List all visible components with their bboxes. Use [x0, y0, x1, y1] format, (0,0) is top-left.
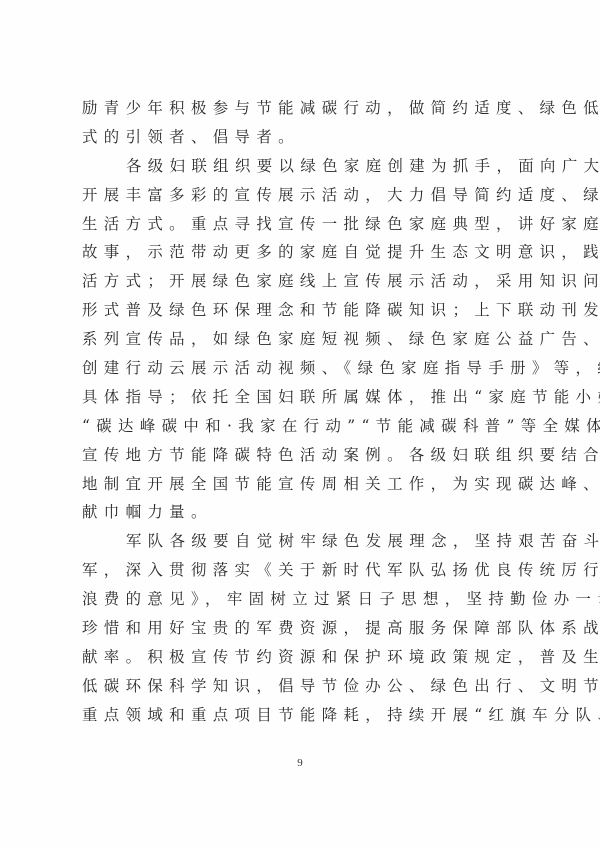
document-page: 励青少年积极参与节能减碳行动，做简约适度、绿色低碳生活方 式的引领者、倡导者。 …	[0, 0, 600, 848]
text-line: 低碳环保科学知识，倡导节俭办公、绿色出行、文明节约，抓好	[82, 672, 518, 701]
page-number: 9	[0, 757, 600, 769]
text-line: 系列宣传品，如绿色家庭短视频、绿色家庭公益广告、绿色家庭	[82, 325, 518, 354]
text-line: 开展丰富多彩的宣传展示活动，大力倡导简约适度、绿色低碳的	[82, 181, 518, 210]
text-line: 浪费的意见》，牢固树立过紧日子思想，坚持勤俭办一切事业，	[82, 585, 518, 614]
text-line: 形式普及绿色环保理念和节能降碳知识；上下联动刊发绿色家庭	[82, 296, 518, 325]
text-line: 励青少年积极参与节能减碳行动，做简约适度、绿色低碳生活方	[82, 94, 518, 123]
text-line: “碳达峰碳中和·我家在行动”“节能减碳科普”等全媒体产品，	[82, 412, 518, 441]
text-line: 军队各级要自觉树牢绿色发展理念，坚持艰苦奋斗、勤俭建	[82, 527, 518, 556]
text-line: 献巾帼力量。	[82, 498, 518, 527]
body-text: 励青少年积极参与节能减碳行动，做简约适度、绿色低碳生活方 式的引领者、倡导者。 …	[82, 94, 522, 730]
text-line: 具体指导；依托全国妇联所属媒体，推出“家庭节能小妙招”	[82, 383, 518, 412]
text-line: 各级妇联组织要以绿色家庭创建为抓手，面向广大城乡家庭	[82, 152, 518, 181]
text-line: 献率。积极宣传节约资源和保护环境政策规定，普及生态文明和	[82, 643, 518, 672]
text-line: 生活方式。重点寻找宣传一批绿色家庭典型，讲好家庭绿色环保	[82, 210, 518, 239]
text-line: 重点领域和重点项目节能降耗，持续开展“红旗车分队、红旗车	[82, 701, 518, 730]
text-line: 地制宜开展全国节能宣传周相关工作，为实现碳达峰、碳中和贡	[82, 470, 518, 499]
text-line: 式的引领者、倡导者。	[82, 123, 518, 152]
text-line: 创建行动云展示活动视频、《绿色家庭指导手册》等，给予家庭	[82, 354, 518, 383]
text-line: 宣传地方节能降碳特色活动案例。各级妇联组织要结合实际，因	[82, 441, 518, 470]
text-line: 故事，示范带动更多的家庭自觉提升生态文明意识，践行绿色生	[82, 238, 518, 267]
text-line: 珍惜和用好宝贵的军费资源，提高服务保障部队体系战斗力的贡	[82, 614, 518, 643]
text-line: 活方式；开展绿色家庭线上宣传展示活动，采用知识问答等生动	[82, 267, 518, 296]
text-line: 军，深入贯彻落实《关于新时代军队弘扬优良传统厉行节约反对	[82, 556, 518, 585]
